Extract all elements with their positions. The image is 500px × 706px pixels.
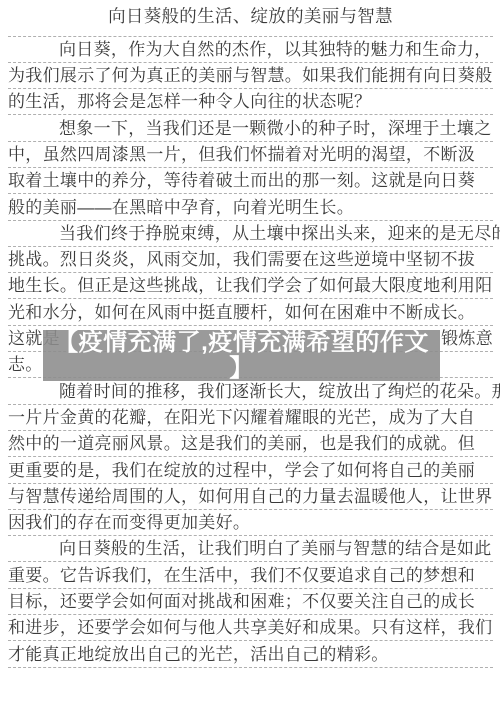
text-line: 和进步，还要学会如何与他人共享美好和成果。只有这样，我们 (8, 615, 493, 641)
text-line: 随着时间的推移，我们逐渐长大，绽放出了绚烂的花朵。那 (8, 378, 493, 404)
text-line: 光和水分，如何在风雨中挺直腰杆，如何在困难中不断成长。 (8, 299, 493, 325)
text-line: 中，虽然四周漆黑一片，但我们怀揣着对光明的渴望，不断汲 (8, 142, 493, 168)
text-line: 目标，还要学会如何面对挑战和困难；不仅要关注自己的成长 (8, 589, 493, 615)
text-line: 重要。它告诉我们，在生活中，我们不仅要追求自己的梦想和 (8, 562, 493, 588)
text-line: 想象一下，当我们还是一颗微小的种子时，深埋于土壤之 (8, 115, 493, 141)
text-line: 然中的一道亮丽风景。这是我们的美丽，也是我们的成就。但 (8, 431, 493, 457)
text-line: 挑战。烈日炎炎，风雨交加，我们需要在这些逆境中坚韧不拔 (8, 247, 493, 273)
text-line: 更重要的是，我们在绽放的过程中，学会了如何将自己的美丽 (8, 457, 493, 483)
text-line: 向日葵般的生活，让我们明白了美丽与智慧的结合是如此 (8, 536, 493, 562)
text-line: 的生活，那将会是怎样一种令人向往的状态呢？ (8, 89, 493, 115)
essay-page: 向日葵般的生活、绽放的美丽与智慧向日葵，作为大自然的杰作，以其独特的魅力和生命力… (0, 0, 500, 706)
text-line: 与智慧传递给周围的人，如何用自己的力量去温暖他人，让世界 (8, 484, 493, 510)
text-fragment-right: 锻炼意 (441, 324, 493, 349)
text-line: 取着土壤中的养分，等待着破土而出的那一刻。这就是向日葵 (8, 168, 493, 194)
text-line: 当我们终于挣脱束缚，从土壤中探出头来，迎来的是无尽的 (8, 221, 493, 247)
watermark-text-line-1: 【疫情充满了,疫情充满希望的作文 (54, 330, 429, 356)
text-line: 因我们的存在而变得更加美好。 (8, 510, 493, 536)
text-line: 才能真正地绽放出自己的光芒，活出自己的精彩。 (8, 641, 493, 667)
text-line: 一片片金黄的花瓣，在阳光下闪耀着耀眼的光芒，成为了大自 (8, 405, 493, 431)
text-line: 地生长。但正是这些挑战，让我们学会了如何最大限度地利用阳 (8, 273, 493, 299)
essay-title: 向日葵般的生活、绽放的美丽与智慧 (8, 0, 493, 37)
watermark-overlay: 【疫情充满了,疫情充满希望的作文 】 (43, 330, 440, 381)
text-line: 向日葵，作为大自然的杰作，以其独特的魅力和生命力， (8, 37, 493, 63)
text-line: 般的美丽——在黑暗中孕育，向着光明生长。 (8, 194, 493, 220)
watermark-text-line-2: 】 (229, 356, 254, 382)
text-line: 为我们展示了何为真正的美丽与智慧。如果我们能拥有向日葵般 (8, 63, 493, 89)
